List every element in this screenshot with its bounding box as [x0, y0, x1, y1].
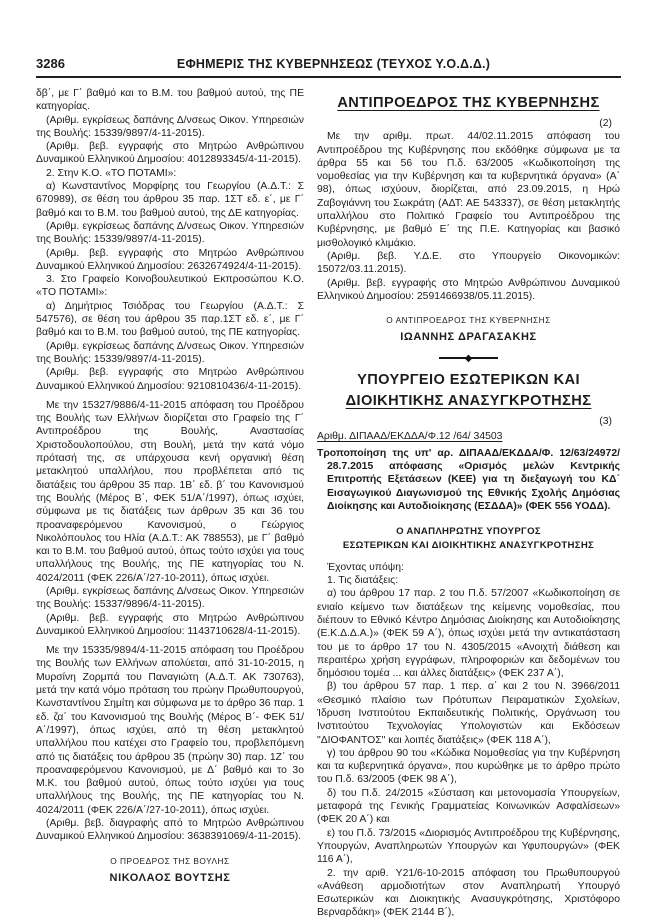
list-item: α) Δημήτριος Τσιόδρας του Γεωργίου (Α.Δ.…: [36, 300, 304, 340]
list-item: β) του άρθρου 57 παρ. 1 περ. α΄ και 2 το…: [317, 680, 620, 746]
right-column: ΑΝΤΙΠΡΟΕΔΡΟΣ ΤΗΣ ΚΥΒΕΡΝΗΣΗΣ(2)Με την αρι…: [317, 87, 620, 919]
decision-subject: Τροποποίηση της υπ' αρ. ΔΙΠΑΑΔ/ΕΚΔΔΑ/Φ. …: [317, 447, 620, 513]
list-item: ε) του Π.δ. 73/2015 «Διορισμός Αντιπροέδ…: [317, 827, 620, 867]
list-item: 1. Τις διατάξεις:: [317, 574, 620, 587]
gazette-page: 3286 ΕΦΗΜΕΡΙΣ ΤΗΣ ΚΥΒΕΡΝΗΣΕΩΣ (ΤΕΥΧΟΣ Υ.…: [0, 0, 653, 919]
yde-note: (Αριθμ. βεβ. Υ.Δ.Ε. στο Υπουργείο Οικονο…: [317, 250, 620, 277]
registry-note: (Αριθμ. βεβ. εγγραφής στο Μητρώο Ανθρώπι…: [36, 366, 304, 393]
decision-number: Αριθμ. ΔΙΠΑΑΔ/ΕΚΔΔΑ/Φ.12 /64/ 34503: [317, 430, 620, 443]
paragraph: Με την αριθμ. πρωτ. 44/02.11.2015 απόφασ…: [317, 130, 620, 250]
list-item: 3. Στο Γραφείο Κοινοβουλευτικού Εκπροσώπ…: [36, 273, 304, 300]
signature-role: Ο ΑΝΤΙΠΡΟΕΔΡΟΣ ΤΗΣ ΚΥΒΕΡΝΗΣΗΣ: [317, 314, 620, 327]
paragraph: Με την 15327/9886/4-11-2015 απόφαση του …: [36, 399, 304, 585]
gazette-title: ΕΦΗΜΕΡΙΣ ΤΗΣ ΚΥΒΕΡΝΗΣΕΩΣ (ΤΕΥΧΟΣ Υ.Ο.Δ.Δ…: [156, 57, 621, 71]
list-item: 2. Στην Κ.Ο. «ΤΟ ΠΟΤΑΜΙ»:: [36, 167, 304, 180]
page-number: 3286: [36, 56, 156, 71]
paragraph: Με την 15335/9894/4-11-2015 απόφαση του …: [36, 644, 304, 817]
paragraph: δβ΄, με Γ΄ βαθμό και το Β.Μ. του βαθμού …: [36, 87, 304, 114]
article-number: (3): [317, 415, 620, 428]
signature-name: ΙΩΑΝΝΗΣ ΔΡΑΓΑΣΑΚΗΣ: [317, 331, 620, 344]
list-item: α) του άρθρου 17 παρ. 2 του Π.δ. 57/2007…: [317, 587, 620, 680]
expense-note: (Αριθμ. εγκρίσεως δαπάνης Δ/νσεως Οικον.…: [36, 340, 304, 367]
diamond-divider-icon: ◆: [317, 352, 620, 365]
registry-note: (Αριθμ. βεβ. εγγραφής στο Μητρώο Ανθρώπι…: [317, 277, 620, 304]
signature-name: ΝΙΚΟΛΑΟΣ ΒΟΥΤΣΗΣ: [36, 872, 304, 885]
registry-note: (Αριθμ. βεβ. διαγραφής από το Μητρώο Ανθ…: [36, 817, 304, 844]
signature-role: Ο ΠΡΟΕΔΡΟΣ ΤΗΣ ΒΟΥΛΗΣ: [36, 855, 304, 868]
registry-note: (Αριθμ. βεβ. εγγραφής στο Μητρώο Ανθρώπι…: [36, 140, 304, 167]
section-heading: ΑΝΤΙΠΡΟΕΔΡΟΣ ΤΗΣ ΚΥΒΕΡΝΗΣΗΣ: [317, 93, 620, 114]
minister-role: Ο ΑΝΑΠΛΗΡΩΤΗΣ ΥΠΟΥΡΓΟΣ: [317, 525, 620, 538]
list-item: δ) του Π.δ. 24/2015 «Σύσταση και μετονομ…: [317, 787, 620, 827]
list-item: 2. την αριθ. Υ21/6-10-2015 απόφαση του Π…: [317, 867, 620, 919]
section-heading: ΥΠΟΥΡΓΕΙΟ ΕΣΩΤΕΡΙΚΩΝ ΚΑΙ: [317, 370, 620, 391]
minister-role: ΕΣΩΤΕΡΙΚΩΝ ΚΑΙ ΔΙΟΙΚΗΤΙΚΗΣ ΑΝΑΣΥΓΚΡΟΤΗΣΗ…: [317, 539, 620, 552]
expense-note: (Αριθμ. εγκρίσεως δαπάνης Δ/νσεως Οικον.…: [36, 114, 304, 141]
list-item: α) Κωνσταντίνος Μορφίρης του Γεωργίου (Α…: [36, 180, 304, 220]
list-item: γ) του άρθρου 90 του «Κώδικα Νομοθεσίας …: [317, 747, 620, 787]
section-heading: ΔΙΟΙΚΗΤΙΚΗΣ ΑΝΑΣΥΓΚΡΟΤΗΣΗΣ: [317, 391, 620, 412]
expense-note: (Αριθμ. εγκρίσεως δαπάνης Δ/νσεως Οικον.…: [36, 585, 304, 612]
left-column: δβ΄, με Γ΄ βαθμό και το Β.Μ. του βαθμού …: [36, 87, 304, 919]
page-header: 3286 ΕΦΗΜΕΡΙΣ ΤΗΣ ΚΥΒΕΡΝΗΣΕΩΣ (ΤΕΥΧΟΣ Υ.…: [36, 0, 621, 78]
article-number: (2): [317, 117, 620, 130]
registry-note: (Αριθμ. βεβ. εγγραφής στο Μητρώο Ανθρώπι…: [36, 612, 304, 639]
paragraph: Έχοντας υπόψη:: [317, 561, 620, 574]
two-column-layout: δβ΄, με Γ΄ βαθμό και το Β.Μ. του βαθμού …: [36, 87, 620, 919]
registry-note: (Αριθμ. βεβ. εγγραφής στο Μητρώο Ανθρώπι…: [36, 247, 304, 274]
expense-note: (Αριθμ. εγκρίσεως δαπάνης Δ/νσεως Οικον.…: [36, 220, 304, 247]
